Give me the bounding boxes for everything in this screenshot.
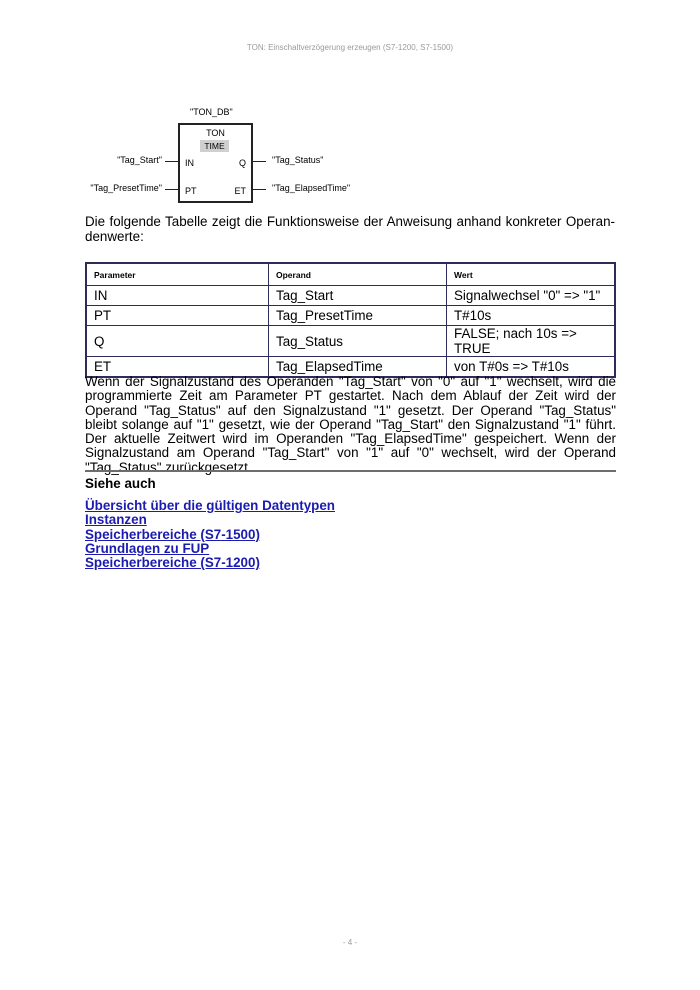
wire-pt [165, 189, 178, 190]
pin-et: ET [234, 186, 246, 196]
link-speicherbereiche-s7-1200[interactable]: Speicherbereiche (S7-1200) [85, 556, 335, 570]
cell-parameter: PT [86, 306, 269, 326]
table-row: PT Tag_PresetTime T#10s [86, 306, 615, 326]
link-speicherbereiche-s7-1500[interactable]: Speicherbereiche (S7-1500) [85, 528, 335, 542]
pin-pt: PT [185, 186, 197, 196]
cell-wert: Signalwechsel "0" => "1" [447, 286, 616, 306]
see-also-heading: Siehe auch [85, 476, 156, 491]
pin-q: Q [239, 158, 246, 168]
cell-operand: Tag_Start [269, 286, 447, 306]
cell-operand: Tag_Status [269, 326, 447, 357]
wire-in [165, 161, 178, 162]
tag-status: "Tag_Status" [272, 155, 323, 165]
block-datatype-label: TIME [200, 140, 229, 152]
tag-elapsed-time: "Tag_ElapsedTime" [272, 183, 350, 193]
table-row: IN Tag_Start Signalwechsel "0" => "1" [86, 286, 615, 306]
cell-parameter: IN [86, 286, 269, 306]
cell-wert: FALSE; nach 10s => TRUE [447, 326, 616, 357]
ton-function-block: TON TIME IN PT Q ET [178, 123, 253, 203]
wire-et [253, 189, 266, 190]
tag-preset-time: "Tag_PresetTime" [90, 183, 162, 193]
wire-q [253, 161, 266, 162]
link-datentypen[interactable]: Übersicht über die gültigen Datentypen [85, 499, 335, 513]
header-wert: Wert [447, 263, 616, 286]
header-parameter: Parameter [86, 263, 269, 286]
table-header-row: Parameter Operand Wert [86, 263, 615, 286]
cell-wert: T#10s [447, 306, 616, 326]
intro-paragraph: Die folgende Tabelle zeigt die Funktions… [85, 214, 615, 259]
see-also-links: Übersicht über die gültigen Datentypen I… [85, 499, 335, 570]
link-instanzen[interactable]: Instanzen [85, 513, 335, 527]
instance-db-label: "TON_DB" [190, 107, 233, 117]
cell-operand: Tag_PresetTime [269, 306, 447, 326]
description-paragraph: Wenn der Signalzustand des Operanden "Ta… [85, 375, 616, 475]
fbd-ton-diagram: "TON_DB" TON TIME IN PT Q ET "Tag_Start"… [80, 100, 380, 210]
operand-table: Parameter Operand Wert IN Tag_Start Sign… [85, 262, 616, 378]
cell-parameter: Q [86, 326, 269, 357]
table-row: Q Tag_Status FALSE; nach 10s => TRUE [86, 326, 615, 357]
block-type-label: TON [180, 128, 251, 138]
header-operand: Operand [269, 263, 447, 286]
page-number: - 4 - [0, 938, 700, 947]
pin-in: IN [185, 158, 194, 168]
section-divider [85, 470, 616, 472]
tag-start: "Tag_Start" [117, 155, 162, 165]
page-header: TON: Einschaltverzögerung erzeugen (S7-1… [0, 43, 700, 52]
link-grundlagen-fup[interactable]: Grundlagen zu FUP [85, 542, 335, 556]
